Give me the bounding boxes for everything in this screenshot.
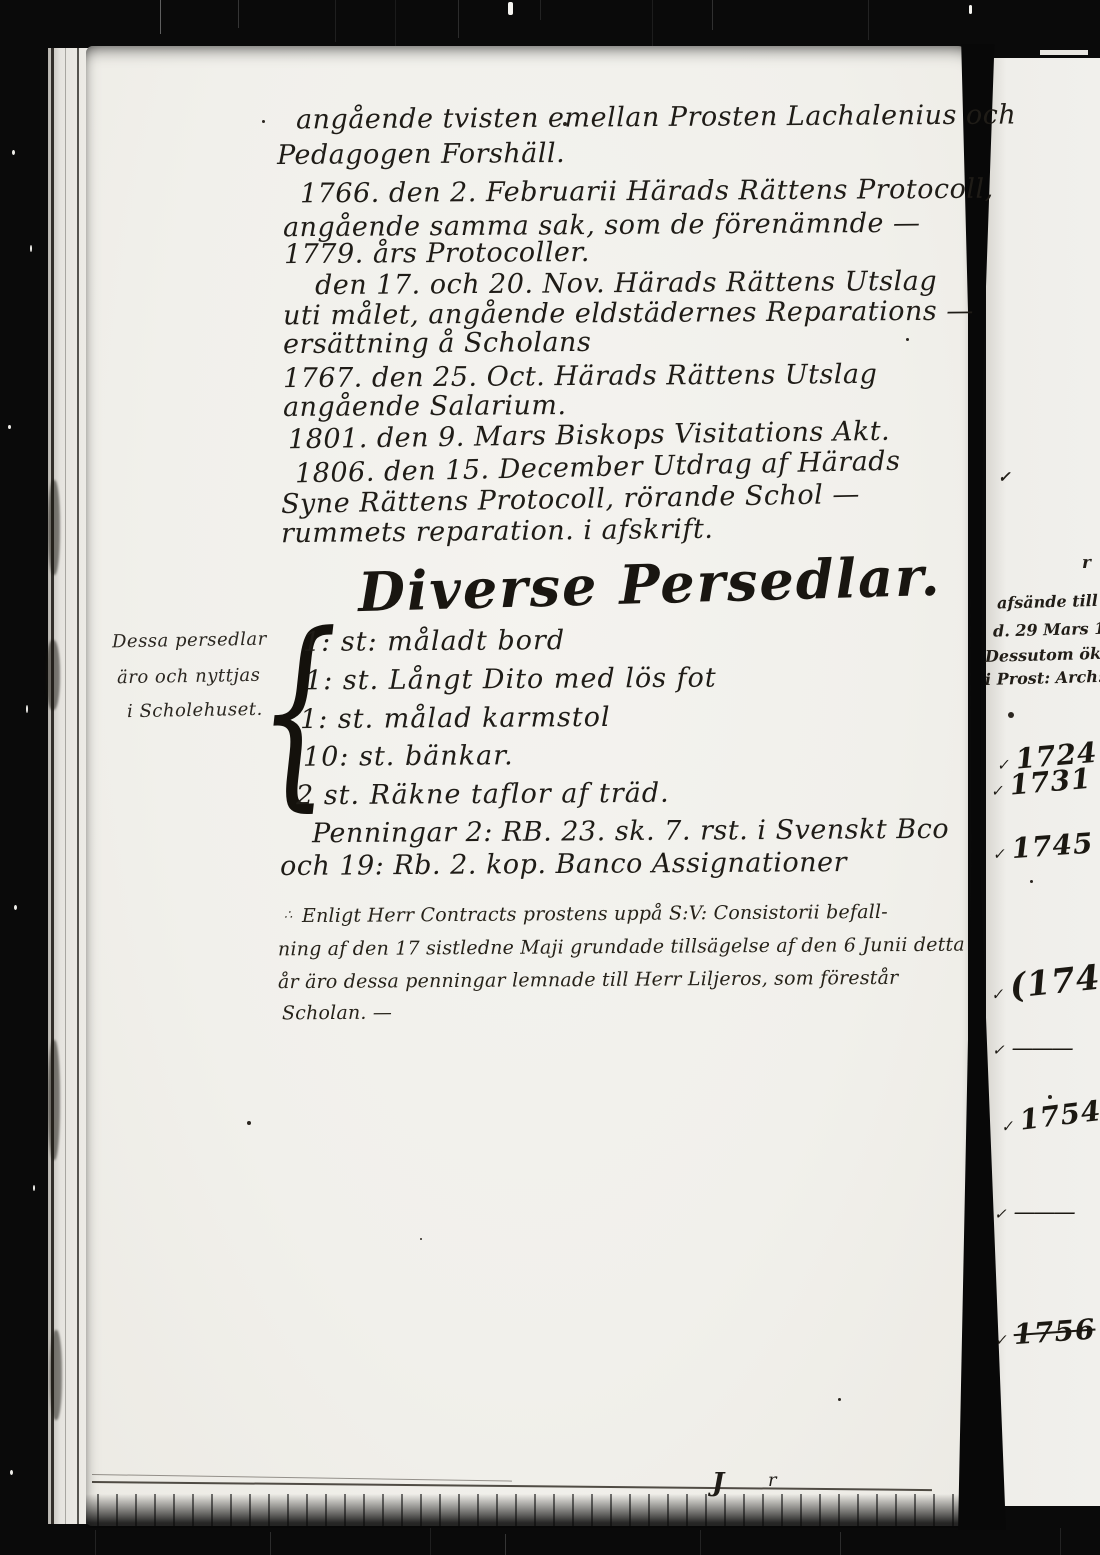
entry-line: Pedagogen Forshäll.	[277, 138, 565, 171]
ink-speck	[1008, 712, 1014, 718]
check-icon: ✓	[990, 985, 1004, 1004]
year-row: ✓———	[992, 1036, 1072, 1061]
inventory-item: 1: st. Långt Dito med lös fot	[305, 663, 717, 697]
film-streak	[868, 0, 869, 40]
pen-mark: r	[768, 1470, 777, 1491]
film-streak	[712, 0, 713, 30]
pen-tick: ✓	[998, 468, 1011, 486]
entry-line: 1767. den 25. Oct. Härads Rättens Utslag	[283, 359, 878, 394]
check-icon: ✓	[992, 1041, 1005, 1059]
check-icon: ✓	[990, 781, 1004, 800]
year-row: ✓1756	[993, 1312, 1097, 1352]
margin-note-line: i Scholehuset.	[127, 699, 263, 722]
page-edge-line	[51, 48, 54, 1524]
scan-noise	[8, 425, 11, 429]
footnote-line: Enligt Herr Contracts prostens uppå S:V:…	[302, 901, 888, 927]
ink-speck	[838, 1398, 841, 1401]
film-streak	[430, 1528, 431, 1555]
edge-smudge	[48, 480, 60, 575]
ink-speck	[420, 1238, 422, 1240]
check-icon: ✓	[994, 1331, 1008, 1350]
page-stack-edge	[48, 48, 90, 1524]
ditto-dash: ———	[1012, 1036, 1072, 1061]
entry-line: uti målet, angående eldstädernes Reparat…	[283, 296, 974, 332]
entry-line: ersättning å Scholans	[283, 327, 591, 360]
footnote-lead-mark: ∴	[284, 908, 293, 923]
fragment-line: d. 29 Mars 18	[993, 618, 1100, 640]
fragment-line: afsände till S	[997, 590, 1100, 612]
film-streak	[160, 0, 161, 34]
film-streak	[95, 1530, 96, 1555]
page-edge-tab	[1040, 50, 1088, 55]
year-row: ✓1745	[991, 826, 1095, 866]
entry-line: 1766. den 2. Februarii Härads Rättens Pr…	[300, 174, 994, 210]
film-streak	[540, 0, 541, 20]
fragment-line: i Prost: Arch: till	[985, 666, 1100, 689]
check-icon: ✓	[994, 1205, 1007, 1223]
margin-note-line: äro och nyttjas	[117, 665, 261, 688]
film-streak	[1060, 1528, 1061, 1555]
margin-note-line: Dessa persedlar	[112, 629, 267, 653]
scan-noise	[14, 905, 17, 910]
entry-line: angående Salarium.	[283, 390, 567, 423]
film-blob	[508, 2, 513, 15]
page-edge-line	[65, 48, 66, 1524]
year-label-struck: 1756	[1013, 1312, 1097, 1351]
film-streak	[335, 0, 336, 42]
ink-speck	[262, 120, 265, 123]
pen-tick: r	[1082, 553, 1092, 573]
film-streak	[652, 0, 653, 46]
scan-noise	[33, 1185, 35, 1191]
entry-line: rummets reparation. i afskrift.	[281, 514, 714, 550]
film-streak	[458, 0, 459, 38]
edge-smudge	[48, 1040, 60, 1160]
entry-line: angående tvisten emellan Prosten Lachale…	[296, 99, 1016, 135]
footnote-line: år äro dessa penningar lemnade till Herr…	[278, 967, 899, 993]
inventory-item: 2 st. Räkne taflor af träd.	[296, 778, 670, 812]
ink-speck	[1030, 880, 1033, 883]
check-icon: ✓	[992, 845, 1006, 864]
entry-line: 1779. års Protocoller.	[284, 237, 590, 270]
page-bottom-fringe	[86, 1494, 968, 1528]
year-row: ✓———	[994, 1200, 1074, 1225]
film-streak	[505, 1534, 506, 1555]
page-edge-line	[77, 48, 79, 1524]
inventory-item: 1: st: måladt bord	[303, 625, 565, 658]
film-blob	[969, 5, 972, 14]
edge-smudge	[46, 640, 60, 710]
year-label: 1745	[1011, 826, 1095, 865]
pen-mark: J	[712, 1468, 725, 1498]
fragment-line: Dessutom ökade	[985, 643, 1100, 666]
check-icon: ✓	[1000, 1117, 1015, 1136]
footnote-line: Scholan. —	[282, 1002, 392, 1025]
money-line: och 19: Rb. 2. kop. Banco Assignationer	[280, 847, 847, 882]
ink-speck	[1048, 1095, 1052, 1099]
edge-smudge	[50, 1330, 62, 1420]
film-streak	[700, 1530, 701, 1555]
scan-noise	[30, 245, 32, 252]
inventory-item: 1: st. målad karmstol	[300, 702, 611, 735]
ink-speck	[247, 1121, 251, 1125]
inventory-item: 10: st. bänkar.	[303, 740, 514, 772]
money-line: Penningar 2: RB. 23. sk. 7. rst. i Svens…	[312, 814, 949, 849]
scan-noise	[10, 1470, 13, 1475]
film-streak	[238, 0, 239, 28]
scan-noise	[12, 150, 15, 155]
ink-speck	[906, 338, 909, 341]
film-streak	[270, 1532, 271, 1555]
scan-noise	[26, 705, 28, 713]
ditto-dash: ———	[1014, 1200, 1074, 1225]
film-streak	[840, 1532, 841, 1555]
